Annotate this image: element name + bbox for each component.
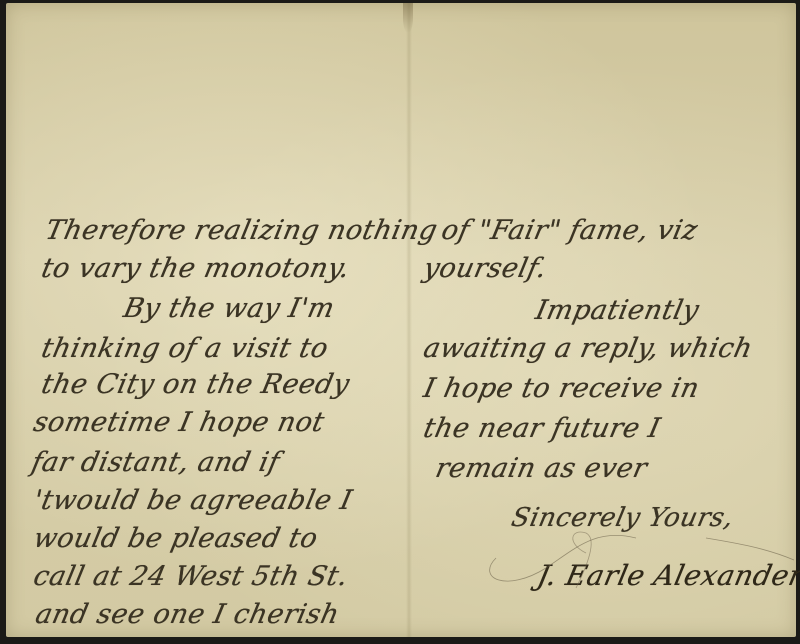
letter-line: to vary the monotony. (39, 253, 353, 284)
scanned-letter: Therefore realizing nothing to vary the … (0, 0, 800, 644)
letter-line: far distant, and if (29, 447, 283, 478)
letter-line: I hope to receive in (421, 373, 702, 404)
letter-line: the City on the Reedy (39, 369, 353, 400)
letter-line: call at 24 West 5th St. (31, 561, 351, 592)
letter-line: Impatiently (533, 295, 702, 326)
letter-line: and see one I cherish (33, 599, 343, 630)
letter-line: 'twould be agreeable I (31, 485, 355, 516)
letter-line: yourself. (421, 253, 550, 284)
closing-salutation: Sincerely Yours, (509, 503, 737, 533)
letter-line: By the way I'm (121, 293, 338, 324)
letter-line: sometime I hope not (31, 407, 328, 438)
signature: J. Earle Alexander (534, 559, 800, 592)
letter-line: of "Fair" fame, viz (439, 215, 701, 246)
letter-paper: Therefore realizing nothing to vary the … (6, 3, 796, 637)
letter-line: awaiting a reply, which (421, 333, 756, 364)
letter-line: Therefore realizing nothing (43, 215, 441, 246)
letter-line: the near future I (421, 413, 664, 444)
right-page: of "Fair" fame, viz yourself. Impatientl… (406, 3, 796, 637)
left-page: Therefore realizing nothing to vary the … (6, 3, 406, 637)
letter-line: would be pleased to (31, 523, 321, 554)
letter-line: remain as ever (433, 453, 650, 484)
letter-line: thinking of a visit to (39, 333, 332, 364)
